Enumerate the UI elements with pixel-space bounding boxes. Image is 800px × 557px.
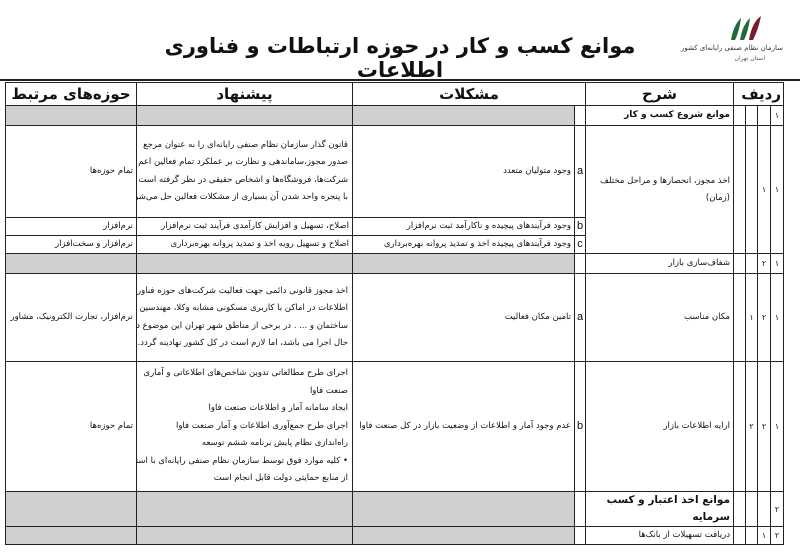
- description: ارایه اطلاعات بازار: [586, 362, 734, 492]
- item-letter: c: [575, 236, 586, 254]
- column-header-radif: ردیف: [734, 83, 784, 106]
- section-title: شفاف‌سازی بازار: [586, 254, 734, 274]
- row-number: ۱: [771, 126, 784, 254]
- related-areas: نرم‌افزار: [6, 218, 137, 236]
- description: اخذ مجوز، انحصارها و مراحل مختلف (زمان): [586, 126, 734, 254]
- row-number: ۱: [771, 274, 784, 362]
- related-areas: تمام حوزه‌ها: [6, 362, 137, 492]
- related-areas: نرم‌افزار، تجارت الکترونیک، مشاور: [6, 274, 137, 362]
- row-number: ۲: [758, 274, 771, 362]
- item-letter: a: [575, 274, 586, 362]
- related-areas: نرم‌افزار و سخت‌افزار: [6, 236, 137, 254]
- row-number: ۱: [771, 254, 784, 274]
- suggestion: اصلاح و تسهیل رویه اخذ و تمدید پروانه به…: [137, 236, 353, 254]
- row-number: ۲: [758, 254, 771, 274]
- column-header-moshkelat: مشکلات: [353, 83, 586, 106]
- column-header-related: حوزه‌های مرتبط: [6, 83, 137, 106]
- section-title: موانع اخذ اعتبار و کسب سرمایه: [586, 492, 734, 527]
- logo-province: استان تهران: [735, 55, 765, 62]
- table-row: ۱ ۲ ۲ ارایه اطلاعات بازار b عدم وجود آما…: [6, 362, 784, 492]
- suggestion: اجرای طرح مطالعاتی تدوین شاخص‌های اطلاعا…: [137, 362, 353, 492]
- problem: وجود فرآیندهای پیچیده و ناکارآمد ثبت نرم…: [353, 218, 575, 236]
- problem: وجود فرآیندهای پیچیده اخذ و تمدید پروانه…: [353, 236, 575, 254]
- section-row: ۱ موانع شروع کسب و کار: [6, 106, 784, 126]
- row-number: ۱: [758, 527, 771, 545]
- organization-logo-icon: [729, 14, 763, 42]
- table-row: ۲ ۱ دریافت تسهیلات از بانک‌ها: [6, 527, 784, 545]
- page-title: موانع کسب و کار در حوزه ارتباطات و فناور…: [160, 34, 640, 82]
- related-areas: تمام حوزه‌ها: [6, 126, 137, 218]
- column-header-sharh: شرح: [586, 83, 734, 106]
- problem: عدم وجود آمار و اطلاعات از وضعیت بازار د…: [353, 362, 575, 492]
- item-letter: b: [575, 218, 586, 236]
- item-letter: a: [575, 126, 586, 218]
- column-header-pishnahad: پیشنهاد: [137, 83, 353, 106]
- logo-org-name: سازمان نظام صنفی رایانه‌ای کشور: [681, 44, 783, 52]
- table-row: ۱ ۱ اخذ مجوز، انحصارها و مراحل مختلف (زم…: [6, 126, 784, 218]
- business-obstacles-table: ردیف شرح مشکلات پیشنهاد حوزه‌های مرتبط ۱…: [5, 82, 784, 545]
- section-row: ۲ موانع اخذ اعتبار و کسب سرمایه: [6, 492, 784, 527]
- row-number: ۲: [771, 492, 784, 527]
- header-row: ردیف شرح مشکلات پیشنهاد حوزه‌های مرتبط: [6, 83, 784, 106]
- description: مکان مناسب: [586, 274, 734, 362]
- row-number: ۲: [771, 527, 784, 545]
- section-row: ۱ ۲ شفاف‌سازی بازار: [6, 254, 784, 274]
- table-row: ۱ ۲ ۱ مکان مناسب a تامین مکان فعالیت اخذ…: [6, 274, 784, 362]
- suggestion: قانون گذار سازمان نظام صنفی رایانه‌ای را…: [137, 126, 353, 218]
- suggestion: اصلاح، تسهیل و افزایش کارآمدی فرآیند ثبت…: [137, 218, 353, 236]
- description: دریافت تسهیلات از بانک‌ها: [586, 527, 734, 545]
- problem: وجود متولیان متعدد: [353, 126, 575, 218]
- section-title: موانع شروع کسب و کار: [586, 106, 734, 126]
- row-number: ۱: [746, 274, 758, 362]
- organization-logo: سازمان نظام صنفی رایانه‌ای کشور استان ته…: [703, 14, 787, 72]
- suggestion: اخذ مجوز قانونی دائمی جهت فعالیت شرکت‌ها…: [137, 274, 353, 362]
- row-number: ۱: [771, 106, 784, 126]
- problem: تامین مکان فعالیت: [353, 274, 575, 362]
- row-number: ۱: [771, 362, 784, 492]
- row-number: ۲: [758, 362, 771, 492]
- item-letter: b: [575, 362, 586, 492]
- row-number: ۲: [746, 362, 758, 492]
- title-divider: [0, 79, 800, 81]
- row-number: ۱: [758, 126, 771, 254]
